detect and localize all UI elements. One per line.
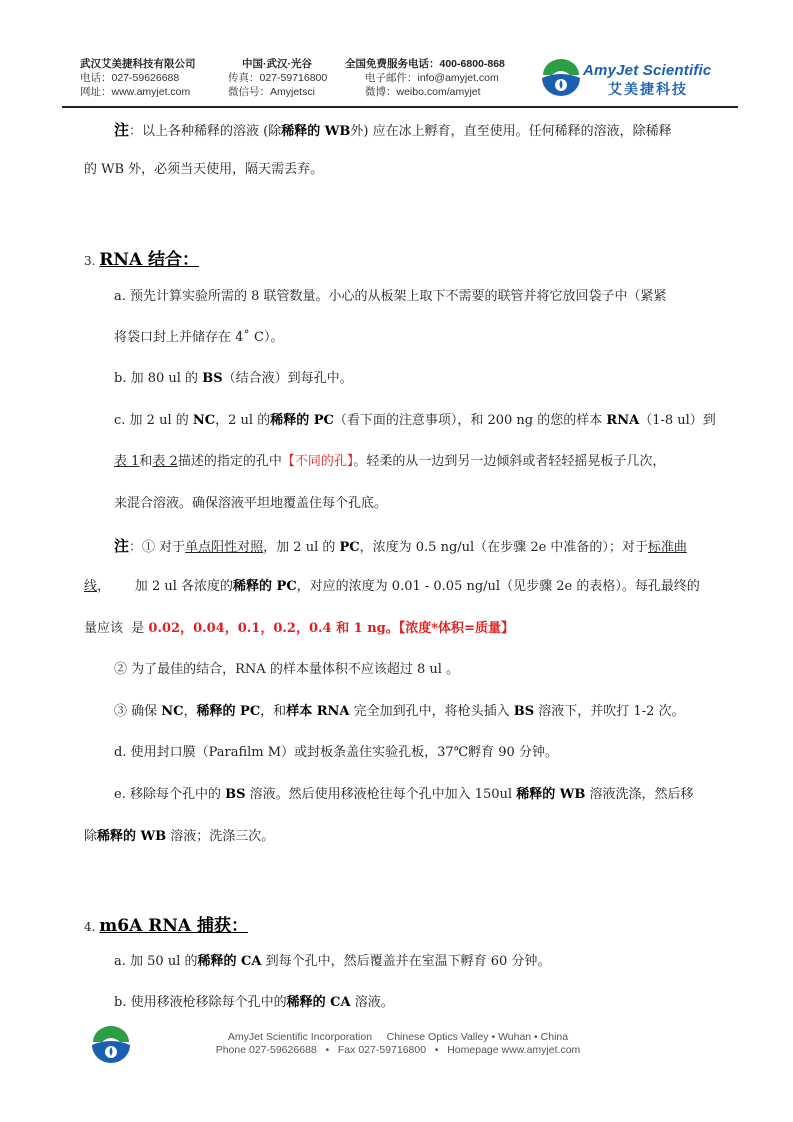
text: （结合液）到每孔中。 [223, 371, 353, 386]
bold-text: 稀释的 PC [270, 413, 334, 428]
underlined-text: 单点阳性对照 [185, 540, 263, 555]
note-text: ：以上各种稀释的溶液 (除 [129, 124, 281, 139]
text: 。轻柔的从一边到另一边倾斜或者轻轻摇晃板子几次， [353, 454, 665, 469]
text: c. 加 2 ul 的 [114, 413, 193, 428]
table-2-link[interactable]: 表 2 [152, 454, 177, 469]
text: b. 使用移液枪移除每个孔中的 [114, 995, 287, 1010]
text: 量应该 是 [84, 621, 148, 636]
bold-text: 样本 RNA [286, 704, 349, 719]
note-label: 注 [114, 121, 129, 139]
note-bold: 稀释的 WB [281, 124, 350, 139]
text: ③ 确保 [114, 704, 161, 719]
bold-text: 稀释的 CA [287, 995, 351, 1010]
footer-info: AmyJet Scientific Incorporation Chinese … [208, 1031, 588, 1057]
company-wechat: 微信号：Amyjetsci [228, 85, 327, 99]
highlight-formula: 【浓度*体积=质量】 [399, 621, 514, 636]
bold-text: NC [193, 413, 215, 428]
company-email: 电子邮件：info@amyjet.com [345, 71, 505, 85]
company-name: 武汉艾美捷科技有限公司 [80, 57, 196, 71]
text: ，浓度为 0.5 ng/ul（在步骤 2e 中准备的）；对于 [360, 540, 648, 555]
highlight-values: 0.02，0.04，0.1，0.2，0.4 和 1 ng。 [148, 621, 398, 636]
step-4a: a. 加 50 ul 的稀释的 CA 到每个孔中，然后覆盖并在室温下孵育 60 … [114, 954, 550, 970]
hotline: 全国免费服务电话：400-6800-868 [345, 57, 505, 71]
bold-text: BS [202, 371, 222, 386]
brand-name: AmyJet Scientific [583, 62, 711, 79]
step-3d: d. 使用封口膜（Parafilm M）或封板条盖住实验孔板，37℃孵育 90 … [114, 745, 558, 761]
note-text: 外) 应在冰上孵育，直至使用。任何稀释的溶液，除稀释 [350, 124, 671, 139]
footer-logo-icon [90, 1025, 132, 1065]
text: ，加 2 ul 的 [263, 540, 339, 555]
note-3-item3: ③ 确保 NC，稀释的 PC，和样本 RNA 完全加到孔中，将枪头插入 BS 溶… [114, 704, 685, 720]
header-divider [62, 106, 738, 108]
section-4-heading: 4. m6A RNA 捕获： [84, 911, 248, 936]
company-phone: 电话：027-59626688 [80, 71, 196, 85]
step-3c-line2: 表 1和表 2描述的指定的孔中【不同的孔】。轻柔的从一边到另一边倾斜或者轻轻摇晃… [114, 454, 665, 470]
step-3a-line1: a. 预先计算实验所需的 8 联管数量。小心的从板架上取下不需要的联管并将它放回… [114, 289, 667, 305]
text: ， [184, 704, 197, 719]
section-number: 4. [84, 920, 95, 934]
note-3-item2: ② 为了最佳的结合，RNA 的样本量体积不应该超过 8 ul 。 [114, 662, 459, 678]
section-number: 3. [84, 254, 95, 268]
company-fax: 传真：027-59716800 [228, 71, 327, 85]
bold-text: 稀释的 PC [197, 704, 261, 719]
text: 溶液下，并吹打 1-2 次。 [534, 704, 684, 719]
step-3e-line2: 除稀释的 WB 溶液；洗涤三次。 [84, 829, 274, 845]
section-3-heading: 3. RNA 结合： [84, 245, 199, 270]
footer-line2: Phone 027-59626688 • Fax 027-59716800 • … [208, 1044, 588, 1057]
note-paragraph-line2: 的 WB 外，必须当天使用，隔天需丢弃。 [84, 162, 323, 178]
text: （看下面的注意事项），和 200 ng 的您的样本 [334, 413, 607, 428]
note-label: 注 [114, 537, 129, 555]
bold-text: RNA [606, 413, 639, 428]
section-title: RNA 结合： [99, 250, 199, 270]
bold-text: 稀释的 WB [97, 829, 166, 844]
company-website: 网址：www.amyjet.com [80, 85, 196, 99]
text: （1-8 ul）到 [639, 413, 716, 428]
bold-text: NC [161, 704, 183, 719]
bold-text: 稀释的 PC [233, 579, 297, 594]
step-3c-line3: 来混合溶液。确保溶液平坦地覆盖住每个孔底。 [114, 496, 387, 512]
text: ， 加 2 ul 各浓度的 [97, 579, 233, 594]
step-3e-line1: e. 移除每个孔中的 BS 溶液。然后使用移液枪往每个孔中加入 150ul 稀释… [114, 787, 694, 803]
bold-text: BS [514, 704, 534, 719]
section-title: m6A RNA 捕获： [99, 916, 248, 936]
note-paragraph: 注：以上各种稀释的溶液 (除稀释的 WB外) 应在冰上孵育，直至使用。任何稀释的… [114, 122, 672, 140]
note-3-line2: 线， 加 2 ul 各浓度的稀释的 PC，对应的浓度为 0.01 - 0.05 … [84, 579, 700, 595]
text: 溶液。然后使用移液枪往每个孔中加入 150ul [245, 787, 516, 802]
highlight-text: 【不同的孔】 [282, 454, 354, 469]
text: ，和 [260, 704, 286, 719]
text: ，对应的浓度为 0.01 - 0.05 ng/ul（见步骤 2e 的表格）。每孔… [297, 579, 700, 594]
text: 到每个孔中，然后覆盖并在室温下孵育 60 分钟。 [261, 954, 550, 969]
text: 溶液。 [351, 995, 394, 1010]
step-3a-line2: 将袋口封上并储存在 4˚ C）。 [114, 330, 283, 346]
amyjet-logo-icon [540, 58, 582, 98]
note-3-line3: 量应该 是 0.02，0.04，0.1，0.2，0.4 和 1 ng。【浓度*体… [84, 621, 514, 637]
footer-line1: AmyJet Scientific Incorporation Chinese … [208, 1031, 588, 1044]
bold-text: PC [340, 540, 360, 555]
step-4b: b. 使用移液枪移除每个孔中的稀释的 CA 溶液。 [114, 995, 394, 1011]
step-3b: b. 加 80 ul 的 BS（结合液）到每孔中。 [114, 371, 353, 387]
underlined-text: 标准曲 [648, 540, 687, 555]
bold-text: 稀释的 WB [516, 787, 585, 802]
text: 和 [139, 454, 152, 469]
text: b. 加 80 ul 的 [114, 371, 202, 386]
text: e. 移除每个孔中的 [114, 787, 225, 802]
text: 描述的指定的孔中 [178, 454, 282, 469]
company-location: 中国·武汉·光谷 [228, 57, 327, 71]
text: 溶液洗涤，然后移 [585, 787, 693, 802]
text: ，2 ul 的 [215, 413, 270, 428]
header-company-info: 武汉艾美捷科技有限公司 电话：027-59626688 网址：www.amyje… [80, 57, 196, 99]
bold-text: BS [225, 787, 245, 802]
table-1-link[interactable]: 表 1 [114, 454, 139, 469]
text: 溶液；洗涤三次。 [166, 829, 274, 844]
header-contact-info: 全国免费服务电话：400-6800-868 电子邮件：info@amyjet.c… [345, 57, 505, 99]
step-3c-line1: c. 加 2 ul 的 NC，2 ul 的稀释的 PC（看下面的注意事项），和 … [114, 413, 716, 429]
text: a. 加 50 ul 的 [114, 954, 198, 969]
company-weibo: 微博：weibo.com/amyjet [345, 85, 505, 99]
header-location-info: 中国·武汉·光谷 传真：027-59716800 微信号：Amyjetsci [228, 57, 327, 99]
underlined-text: 线 [84, 579, 97, 594]
bold-text: 稀释的 CA [198, 954, 262, 969]
brand-name-cn: 艾美捷科技 [608, 79, 688, 99]
text: 完全加到孔中，将枪头插入 [350, 704, 514, 719]
text: ：① 对于 [129, 540, 185, 555]
text: 除 [84, 829, 97, 844]
note-3-line1: 注：① 对于单点阳性对照，加 2 ul 的 PC，浓度为 0.5 ng/ul（在… [114, 538, 687, 556]
